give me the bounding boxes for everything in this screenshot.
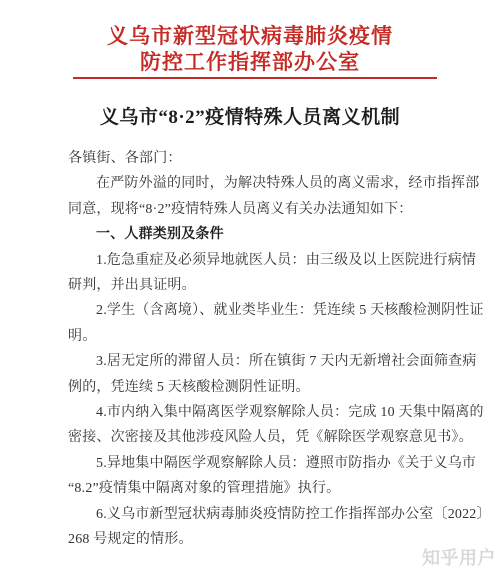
org-title-line2: 防控工作指挥部办公室	[0, 49, 500, 75]
item1-line-1: 1.危急重症及必须异地就医人员：由三级及以上医院进行病情	[68, 248, 486, 273]
item2-line-2: 明。	[68, 324, 486, 349]
zhihu-user-watermark: 知乎用户	[422, 544, 496, 570]
intro-line-2: 同意，现将“8·2”疫情特殊人员离义有关办法通知如下：	[68, 197, 486, 222]
item1-line-2: 研判，并出具证明。	[68, 273, 486, 298]
intro-line-1: 在严防外溢的同时，为解决特殊人员的离义需求，经市指挥部	[68, 171, 486, 196]
item5-line-2: “8.2”疫情集中隔离对象的管理措施》执行。	[68, 476, 486, 501]
item4-line-2: 密接、次密接及其他涉疫风险人员，凭《解除医学观察意见书》。	[68, 425, 486, 450]
red-divider-rule	[73, 77, 437, 79]
org-title-line1: 义乌市新型冠状病毒肺炎疫情	[0, 23, 500, 49]
document-page: 义乌市新型冠状病毒肺炎疫情 防控工作指挥部办公室 义乌市“8·2”疫情特殊人员离…	[0, 0, 500, 575]
item2-line-1: 2.学生（含离境）、就业类毕业生：凭连续 5 天核酸检测阴性证	[68, 298, 486, 323]
item3-line-2: 例的，凭连续 5 天核酸检测阴性证明。	[68, 375, 486, 400]
item4-line-1: 4.市内纳入集中隔离医学观察解除人员：完成 10 天集中隔离的	[68, 400, 486, 425]
item6-line-1: 6.义乌市新型冠状病毒肺炎疫情防控工作指挥部办公室〔2022〕	[68, 502, 486, 527]
item5-line-1: 5.异地集中隔医学观察解除人员：遵照市防指办《关于义乌市	[68, 451, 486, 476]
section-heading: 一、人群类别及条件	[68, 222, 486, 247]
document-body: 各镇街、各部门： 在严防外溢的同时，为解决特殊人员的离义需求，经市指挥部 同意，…	[68, 146, 486, 553]
item3-line-1: 3.居无定所的滞留人员：所在镇街 7 天内无新增社会面筛查病	[68, 349, 486, 374]
org-title: 义乌市新型冠状病毒肺炎疫情 防控工作指挥部办公室	[0, 23, 500, 75]
salutation-line: 各镇街、各部门：	[68, 146, 486, 171]
document-title: 义乌市“8·2”疫情特殊人员离义机制	[0, 102, 500, 129]
